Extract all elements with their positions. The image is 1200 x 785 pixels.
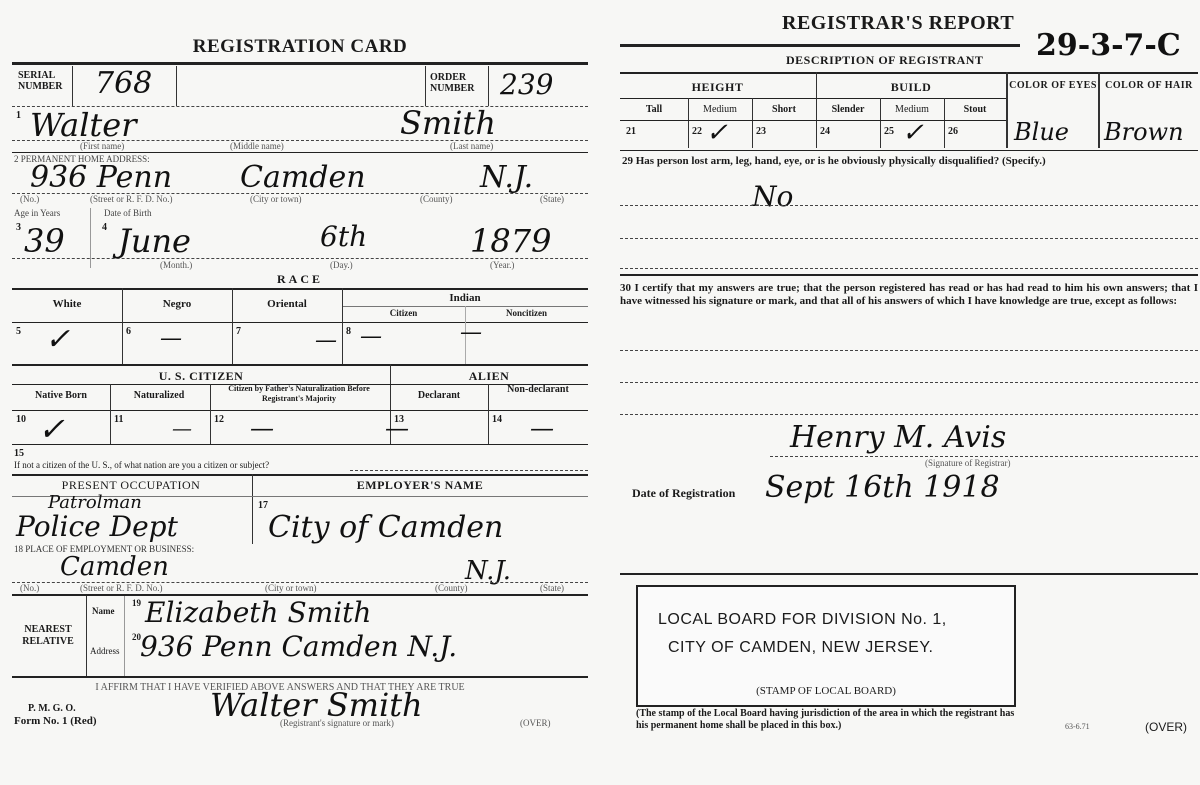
divider [12, 258, 588, 259]
address-sublabel: (No.) [20, 194, 39, 204]
dob-label: Date of Birth [104, 208, 152, 218]
eyes-value: Blue [1014, 118, 1069, 146]
order-value: 239 [500, 68, 553, 101]
relative-name-label: Name [92, 606, 115, 616]
height-tall: Tall [620, 104, 688, 115]
alien-header: ALIEN [390, 369, 588, 384]
question-29-answer: No [752, 180, 793, 213]
field-number: 1 [16, 110, 21, 121]
divider [12, 152, 588, 153]
height-medium: Medium [688, 104, 752, 115]
divider [488, 66, 489, 106]
field-number: 8 [346, 326, 351, 337]
height-short: Short [752, 104, 816, 115]
divider [12, 322, 588, 323]
field-number: 10 [16, 414, 26, 425]
race-value-indian-citizen: — [360, 324, 382, 349]
race-column-white: White [12, 298, 122, 310]
divider [620, 72, 1198, 74]
divider [425, 66, 426, 106]
race-value-negro: — [160, 326, 182, 351]
dob-month: June [118, 222, 191, 260]
stamp-code: 29-3-7-C [1036, 28, 1181, 63]
divider [122, 288, 123, 364]
field-number: 11 [114, 414, 123, 425]
local-board-stamp: LOCAL BOARD FOR DIVISION No. 1, CITY OF … [636, 585, 1016, 707]
divider [350, 470, 588, 471]
field-number: 12 [214, 414, 224, 425]
divider [1006, 72, 1008, 148]
divider [252, 474, 253, 544]
registrar-sublabel: (Signature of Registrar) [925, 458, 1010, 468]
field-number: 24 [820, 126, 830, 137]
citizen-column-native: Native Born [12, 390, 110, 401]
race-header: RACE [0, 272, 600, 287]
divider [124, 596, 125, 676]
report-title: REGISTRAR'S REPORT [782, 12, 1014, 35]
field-number: 23 [756, 126, 766, 137]
stamp-note: (The stamp of the Local Board having jur… [636, 708, 1016, 732]
date-label: Date of Registration [632, 486, 735, 501]
divider [12, 444, 588, 445]
occupation-header: PRESENT OCCUPATION [12, 478, 250, 493]
employment-sublabel: (County) [435, 583, 468, 593]
signature-sublabel: (Registrant's signature or mark) [280, 718, 394, 728]
eyes-header: COLOR OF EYES [1008, 80, 1098, 92]
divider [620, 44, 1020, 47]
form-code: 63-6.71 [1065, 722, 1090, 731]
divider [620, 274, 1198, 276]
hair-header: COLOR OF HAIR [1100, 80, 1198, 92]
divider [176, 66, 177, 106]
divider [12, 474, 588, 476]
indian-noncitizen: Noncitizen [465, 308, 588, 318]
divider [488, 384, 489, 444]
order-label: ORDER NUMBER [430, 72, 485, 94]
address-sublabel: (Street or R. F. D. No.) [90, 194, 173, 204]
race-column-negro: Negro [122, 298, 232, 310]
race-column-indian: Indian [342, 292, 588, 304]
field-number: 6 [126, 326, 131, 337]
field-number: 4 [102, 222, 107, 233]
race-value-indian-noncitizen: — [460, 320, 482, 345]
divider [342, 288, 343, 364]
divider [1098, 72, 1100, 148]
field-number: 21 [626, 126, 636, 137]
relative-name: Elizabeth Smith [145, 596, 371, 629]
divider [620, 150, 1198, 151]
build-slender: Slender [816, 104, 880, 115]
name-sublabel: (Last name) [450, 141, 493, 151]
over-label: (OVER) [520, 718, 551, 728]
nationality-question: If not a citizen of the U. S., of what n… [14, 460, 269, 470]
relative-address-label: Address [90, 646, 120, 656]
divider [72, 66, 73, 106]
divider [86, 596, 87, 676]
field-number: 22 [692, 126, 702, 137]
build-value-medium: ✓ [902, 118, 924, 148]
divider [620, 120, 1006, 121]
dob-day: 6th [320, 220, 367, 253]
address-sublabel: (State) [540, 194, 564, 204]
description-header: DESCRIPTION OF REGISTRANT [786, 53, 983, 68]
alien-column-nondeclarant: Non-declarant [488, 384, 588, 396]
serial-value: 768 [95, 66, 152, 101]
alien-value-nondeclarant: — [530, 414, 554, 442]
citizen-column-naturalized: Naturalized [110, 390, 208, 401]
dob-sublabel: (Day.) [330, 260, 353, 270]
field-number: 25 [884, 126, 894, 137]
divider [620, 205, 1198, 206]
employment-city: Camden [60, 552, 169, 582]
divider [110, 384, 111, 444]
hair-value: Brown [1104, 118, 1184, 146]
citizen-header: U. S. CITIZEN [12, 369, 390, 384]
form-id-1: P. M. G. O. [28, 703, 76, 714]
divider [620, 98, 1006, 99]
build-stout: Stout [944, 104, 1006, 115]
build-medium: Medium [880, 104, 944, 115]
indian-citizen: Citizen [342, 308, 465, 318]
divider [210, 384, 211, 444]
citizen-value-native: ✓ [38, 410, 65, 448]
divider [620, 350, 1198, 351]
race-value-white: ✓ [45, 322, 70, 357]
field-number: 15 [14, 448, 24, 459]
field-number: 26 [948, 126, 958, 137]
divider [232, 288, 233, 364]
question-29: 29 Has person lost arm, leg, hand, eye, … [622, 155, 1198, 168]
race-column-oriental: Oriental [232, 298, 342, 310]
employment-sublabel: (No.) [20, 583, 39, 593]
divider [620, 238, 1198, 239]
address-state: N.J. [480, 160, 533, 195]
card-title: REGISTRATION CARD [0, 36, 600, 58]
field-number: 7 [236, 326, 241, 337]
citizen-column-fathers: Citizen by Father's Naturalization Befor… [210, 384, 388, 404]
stamp-line-1: LOCAL BOARD FOR DIVISION No. 1, [658, 611, 947, 629]
employment-sublabel: (Street or R. F. D. No.) [80, 583, 163, 593]
date-value: Sept 16th 1918 [765, 470, 1000, 505]
over-label: (OVER) [1145, 720, 1187, 734]
first-name: Walter [30, 106, 137, 144]
age-label: Age in Years [14, 208, 60, 218]
name-sublabel: (Middle name) [230, 141, 284, 151]
citizen-value-naturalized: — [172, 416, 192, 440]
divider [12, 62, 588, 65]
field-number: 17 [258, 500, 268, 511]
occupation-value-2: Police Dept [16, 510, 178, 543]
height-header: HEIGHT [620, 80, 815, 95]
citizen-value-fathers: — [250, 414, 274, 442]
field-number: 3 [16, 222, 21, 233]
serial-label: SERIAL NUMBER [18, 70, 68, 92]
relative-label: NEAREST RELATIVE [14, 624, 82, 648]
race-value-oriental: — [315, 328, 337, 353]
build-header: BUILD [816, 80, 1006, 95]
dob-sublabel: (Year.) [490, 260, 514, 270]
stamp-line-2: CITY OF CAMDEN, NEW JERSEY. [668, 639, 933, 657]
address-sublabel: (City or town) [250, 194, 302, 204]
divider [620, 382, 1198, 383]
form-id-2: Form No. 1 (Red) [14, 715, 96, 727]
registrar-signature: Henry M. Avis [790, 420, 1006, 455]
field-number: 5 [16, 326, 21, 337]
divider [620, 414, 1198, 415]
divider [620, 573, 1198, 575]
employer-header: EMPLOYER'S NAME [252, 478, 588, 493]
alien-value-declarant: — [385, 414, 409, 442]
dob-year: 1879 [470, 222, 551, 260]
stamp-label: (STAMP OF LOCAL BOARD) [638, 685, 1014, 697]
employer-value: City of Camden [268, 510, 503, 545]
field-number: 14 [492, 414, 502, 425]
employment-sublabel: (State) [540, 583, 564, 593]
relative-address: 936 Penn Camden N.J. [140, 630, 457, 663]
question-30: 30 I certify that my answers are true; t… [620, 282, 1198, 308]
divider [12, 410, 588, 411]
address-city: Camden [240, 160, 366, 195]
height-value-medium: ✓ [706, 118, 728, 148]
divider [620, 268, 1198, 269]
name-sublabel: (First name) [80, 141, 124, 151]
divider [12, 676, 588, 678]
employment-sublabel: (City or town) [265, 583, 317, 593]
divider [12, 288, 588, 290]
alien-column-declarant: Declarant [390, 390, 488, 401]
divider [12, 364, 588, 366]
age-value: 39 [24, 222, 65, 260]
address-sublabel: (County) [420, 194, 453, 204]
divider [770, 456, 1198, 457]
divider [90, 208, 91, 268]
dob-sublabel: (Month.) [160, 260, 192, 270]
field-number: 19 [132, 598, 141, 608]
address-street: 936 Penn [30, 160, 172, 195]
last-name: Smith [400, 104, 496, 142]
